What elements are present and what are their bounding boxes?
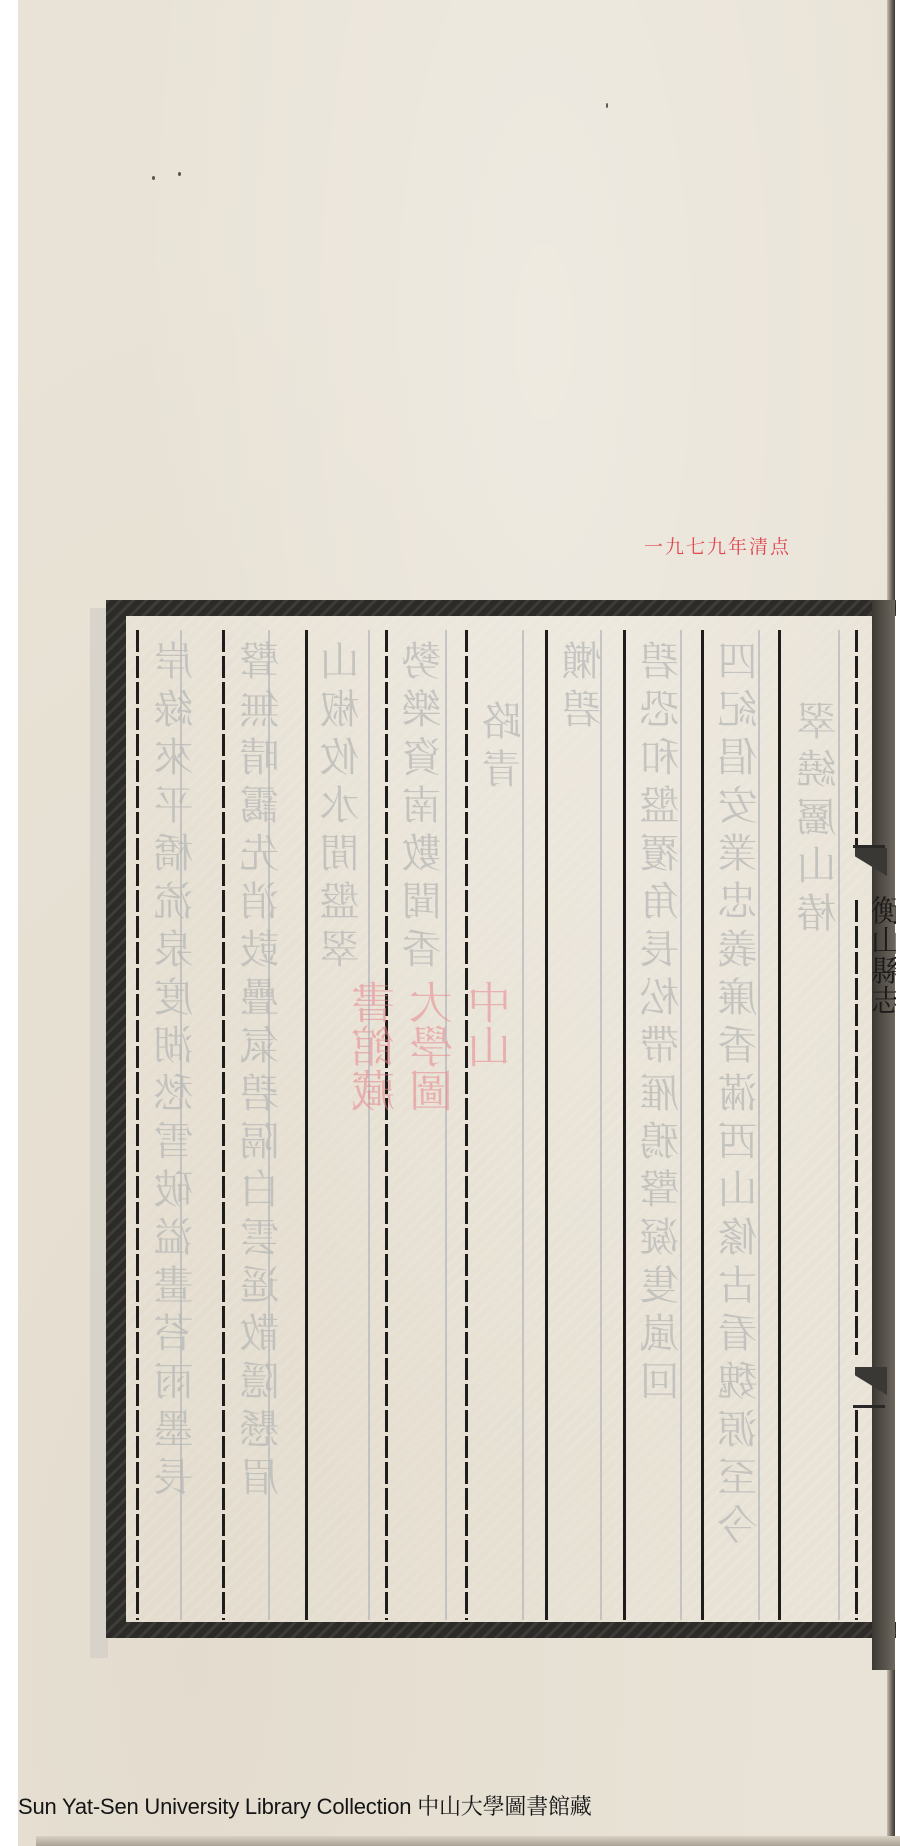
bleed-through-column: 聲無晴靄先消鼓疊氣碧隔白雲遥散隱懸眉 [238, 640, 288, 1504]
library-seal: 中山 大學圖 書館藏 [345, 980, 520, 1165]
column-rule [855, 630, 858, 845]
ink-speck [178, 172, 181, 176]
column-rule [701, 630, 704, 1620]
bleed-rule [600, 630, 602, 1620]
column-rule [305, 630, 308, 1620]
column-rule [222, 630, 225, 1620]
seal-column: 書館藏 [352, 980, 404, 1165]
fishtail-rule [853, 845, 885, 848]
column-rule [778, 630, 781, 1620]
bleed-through-column: 勢樂資南數聞香 [400, 640, 450, 976]
bleed-through-column: 懶碧 [560, 640, 610, 736]
column-rule [545, 630, 548, 1620]
page-bottom-edge [36, 1836, 900, 1846]
ink-speck [152, 176, 155, 180]
bleed-through-column: 四紀倡安業忠義廉香滿西山絛古看魏源至今 [716, 640, 766, 1552]
seal-column: 中山 [468, 980, 520, 1165]
bleed-through-column: 山椒攸水閒盤翠 [318, 640, 368, 976]
column-rule [855, 900, 858, 1355]
column-rule [136, 630, 139, 1620]
column-rule [855, 1410, 858, 1620]
bleed-through-column: 翠繞屬山椿 [795, 700, 845, 940]
bleed-through-column: 碧恐和盤覆角長松帶雁鴉聲凝隻嵐回 [638, 640, 688, 1408]
bleed-through-column: 路青 [480, 700, 530, 796]
banxin-title-partial: 衡山縣志 [868, 895, 896, 1115]
red-inventory-annotation: 一九七九年清点 [644, 532, 791, 559]
fishtail-rule [853, 1405, 885, 1408]
ink-speck [606, 103, 608, 108]
column-rule [623, 630, 626, 1620]
collection-caption: Sun Yat-Sen University Library Collectio… [18, 1790, 592, 1821]
seal-column: 大學圖 [410, 980, 462, 1165]
spine-fold [872, 600, 895, 1670]
bleed-through-column: 岸綠來平橋流泉度湖愁雪破溢畫苔雨墨長 [152, 640, 202, 1504]
